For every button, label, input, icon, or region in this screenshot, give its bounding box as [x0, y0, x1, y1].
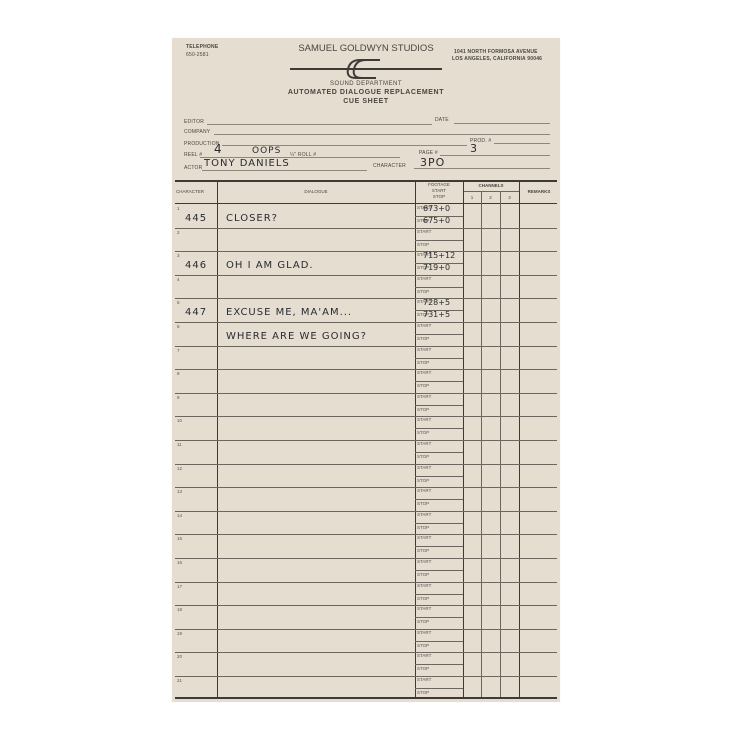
- footage-split: [415, 664, 463, 665]
- footage-stop-label: STOP: [417, 619, 429, 624]
- channel-3-cell[interactable]: [500, 393, 519, 416]
- footage-split: [415, 570, 463, 571]
- footage-split: [415, 358, 463, 359]
- channel-2-cell[interactable]: [481, 487, 500, 510]
- footage-start-label: START: [417, 276, 431, 281]
- channel-3-cell[interactable]: [500, 487, 519, 510]
- row-number: 3: [177, 253, 180, 258]
- channel-3-cell[interactable]: [500, 464, 519, 487]
- remarks-cell[interactable]: [519, 346, 557, 369]
- remarks-cell[interactable]: [519, 251, 557, 274]
- row-number: 9: [177, 395, 180, 400]
- channel-3-cell[interactable]: [500, 582, 519, 605]
- table-bottom-border: [175, 697, 557, 699]
- remarks-cell[interactable]: [519, 582, 557, 605]
- row-number: 5: [177, 300, 180, 305]
- footage-stop-label: STOP: [417, 360, 429, 365]
- channel-1-cell[interactable]: [463, 440, 481, 463]
- footage-start-value[interactable]: 673+0: [423, 204, 450, 213]
- channel-2-cell[interactable]: [481, 369, 500, 392]
- row-number: 11: [177, 442, 182, 447]
- footage-start-label: START: [417, 535, 431, 540]
- footage-stop-label: STOP: [417, 454, 429, 459]
- footage-start-label: START: [417, 417, 431, 422]
- footage-stop-label: STOP: [417, 572, 429, 577]
- row-number: 20: [177, 654, 182, 659]
- channel-1-cell[interactable]: [463, 487, 481, 510]
- page-value: 3: [470, 142, 478, 155]
- dialogue-cell[interactable]: EXCUSE ME, MA'AM...: [226, 307, 352, 318]
- footage-start-label: START: [417, 677, 431, 682]
- footage-split: [415, 381, 463, 382]
- channel-2-cell[interactable]: [481, 582, 500, 605]
- document-subtitle: CUE SHEET: [172, 98, 560, 105]
- row-number: 1: [177, 206, 180, 211]
- channel-3-cell[interactable]: [500, 652, 519, 675]
- channel-2-cell[interactable]: [481, 322, 500, 345]
- channel-2-cell[interactable]: [481, 534, 500, 557]
- channel-3-cell[interactable]: [500, 629, 519, 652]
- studio-logo-icon: [290, 57, 442, 81]
- table-row: 2 START STOP: [172, 228, 560, 252]
- footage-stop-label: STOP: [417, 430, 429, 435]
- date-field[interactable]: [454, 123, 550, 124]
- footage-start-label: START: [417, 370, 431, 375]
- header-footage-start: START: [415, 188, 463, 193]
- footage-split: [415, 240, 463, 241]
- channel-3-cell[interactable]: [500, 558, 519, 581]
- dialogue-cell[interactable]: CLOSER?: [226, 213, 278, 224]
- table-row: 14 START STOP: [172, 511, 560, 535]
- editor-field[interactable]: [207, 124, 432, 125]
- footage-start-label: START: [417, 347, 431, 352]
- table-top-border: [175, 180, 557, 182]
- reel-value: 4: [214, 142, 223, 156]
- table-row: 17 START STOP: [172, 582, 560, 606]
- row-number: 8: [177, 371, 180, 376]
- footage-start-label: START: [417, 630, 431, 635]
- table-row: 11 START STOP: [172, 440, 560, 464]
- row-number: 2: [177, 230, 180, 235]
- channel-2-cell[interactable]: [481, 558, 500, 581]
- row-number: 19: [177, 631, 182, 636]
- channel-3-cell[interactable]: [500, 322, 519, 345]
- remarks-cell[interactable]: [519, 511, 557, 534]
- footage-start-label: START: [417, 229, 431, 234]
- footage-stop-label: STOP: [417, 643, 429, 648]
- header-channel-2: 2: [481, 195, 500, 200]
- footage-split: [415, 287, 463, 288]
- footage-split: [415, 546, 463, 547]
- row-number: 16: [177, 560, 182, 565]
- channel-1-cell[interactable]: [463, 369, 481, 392]
- header-channel-3: 3: [500, 195, 519, 200]
- channel-3-cell[interactable]: [500, 416, 519, 439]
- remarks-cell[interactable]: [519, 558, 557, 581]
- footage-start-label: START: [417, 606, 431, 611]
- channel-3-cell[interactable]: [500, 346, 519, 369]
- address-line-1: 1041 NORTH FORMOSA AVENUE: [454, 49, 538, 55]
- table-row: 16 START STOP: [172, 558, 560, 582]
- footage-split: [415, 476, 463, 477]
- footage-start-label: START: [417, 323, 431, 328]
- remarks-cell[interactable]: [519, 464, 557, 487]
- remarks-cell[interactable]: [519, 298, 557, 321]
- footage-stop-value[interactable]: 675+0: [423, 216, 450, 225]
- channel-1-cell[interactable]: [463, 228, 481, 251]
- channel-3-cell[interactable]: [500, 275, 519, 298]
- footage-stop-label: STOP: [417, 383, 429, 388]
- channel-1-cell[interactable]: [463, 558, 481, 581]
- header-remarks: REMARKS: [519, 189, 559, 194]
- footage-stop-label: STOP: [417, 596, 429, 601]
- row-number: 6: [177, 324, 180, 329]
- channel-3-cell[interactable]: [500, 676, 519, 699]
- channel-2-cell[interactable]: [481, 652, 500, 675]
- remarks-cell[interactable]: [519, 369, 557, 392]
- editor-label: EDITOR: [184, 119, 204, 125]
- footage-start-label: START: [417, 441, 431, 446]
- row-number: 15: [177, 536, 182, 541]
- channel-2-cell[interactable]: [481, 464, 500, 487]
- row-number: 14: [177, 513, 182, 518]
- table-row: 9 START STOP: [172, 393, 560, 417]
- cue-number[interactable]: 447: [185, 307, 207, 318]
- cue-number[interactable]: 445: [185, 213, 207, 224]
- channel-1-cell[interactable]: [463, 582, 481, 605]
- footage-split: [415, 617, 463, 618]
- row-number: 4: [177, 277, 180, 282]
- table-row: 3 446 OH I AM GLAD. START 715+12 STOP 71…: [172, 251, 560, 275]
- table-row: 5 447 EXCUSE ME, MA'AM... START 728+5 ST…: [172, 298, 560, 322]
- footage-stop-label: STOP: [417, 478, 429, 483]
- channel-1-cell[interactable]: [463, 629, 481, 652]
- header-character: CHARACTER: [176, 189, 204, 194]
- channel-3-cell[interactable]: [500, 369, 519, 392]
- row-number: 7: [177, 348, 180, 353]
- channel-2-cell[interactable]: [481, 346, 500, 369]
- footage-stop-label: STOP: [417, 525, 429, 530]
- table-row: 7 START STOP: [172, 346, 560, 370]
- dialogue-cell[interactable]: OH I AM GLAD.: [226, 260, 314, 271]
- footage-stop-label: STOP: [417, 501, 429, 506]
- footage-stop-label: STOP: [417, 242, 429, 247]
- channels-divider: [463, 191, 519, 192]
- footage-stop-label: STOP: [417, 666, 429, 671]
- row-number: 10: [177, 418, 182, 423]
- remarks-cell[interactable]: [519, 605, 557, 628]
- channel-1-cell[interactable]: [463, 534, 481, 557]
- row-number: 12: [177, 466, 182, 471]
- table-row: 8 START STOP: [172, 369, 560, 393]
- footage-stop-label: STOP: [417, 289, 429, 294]
- footage-split: [415, 499, 463, 500]
- channel-2-cell[interactable]: [481, 511, 500, 534]
- character-field[interactable]: [414, 168, 550, 169]
- footage-start-label: START: [417, 583, 431, 588]
- channel-2-cell[interactable]: [481, 605, 500, 628]
- remarks-cell[interactable]: [519, 676, 557, 699]
- actor-value: TONY DANIELS: [204, 158, 290, 169]
- table-row: 6 WHERE ARE WE GOING? START STOP: [172, 322, 560, 346]
- remarks-cell[interactable]: [519, 629, 557, 652]
- channel-2-cell[interactable]: [481, 440, 500, 463]
- remarks-cell[interactable]: [519, 275, 557, 298]
- table-row: 19 START STOP: [172, 629, 560, 653]
- footage-split: [415, 405, 463, 406]
- channel-1-cell[interactable]: [463, 275, 481, 298]
- footage-split: [415, 594, 463, 595]
- remarks-cell[interactable]: [519, 204, 557, 227]
- channel-3-cell[interactable]: [500, 534, 519, 557]
- channel-2-cell[interactable]: [481, 416, 500, 439]
- channel-2-cell[interactable]: [481, 204, 500, 227]
- remarks-cell[interactable]: [519, 393, 557, 416]
- channel-2-cell[interactable]: [481, 228, 500, 251]
- footage-start-value[interactable]: 715+12: [423, 251, 455, 260]
- dialogue-cell[interactable]: WHERE ARE WE GOING?: [226, 331, 367, 342]
- footage-stop-label: STOP: [417, 336, 429, 341]
- footage-stop-value[interactable]: 719+0: [423, 263, 450, 272]
- row-number: 13: [177, 489, 182, 494]
- channel-1-cell[interactable]: [463, 652, 481, 675]
- channel-3-cell[interactable]: [500, 298, 519, 321]
- cue-sheet-paper: TELEPHONE 650-2581 SAMUEL GOLDWYN STUDIO…: [172, 38, 560, 702]
- footage-split: [415, 641, 463, 642]
- channel-1-cell[interactable]: [463, 393, 481, 416]
- prod-no-field[interactable]: [494, 143, 550, 144]
- row-number: 21: [177, 678, 182, 683]
- table-row: 4 START STOP: [172, 275, 560, 299]
- channel-1-cell[interactable]: [463, 605, 481, 628]
- cue-number[interactable]: 446: [185, 260, 207, 271]
- remarks-cell[interactable]: [519, 534, 557, 557]
- remarks-cell[interactable]: [519, 440, 557, 463]
- channel-3-cell[interactable]: [500, 228, 519, 251]
- header-footage: FOOTAGE: [415, 182, 463, 187]
- remarks-cell[interactable]: [519, 652, 557, 675]
- actor-label: ACTOR: [184, 165, 202, 171]
- channel-1-cell[interactable]: [463, 251, 481, 274]
- header-channel-1: 1: [463, 195, 481, 200]
- footage-split: [415, 334, 463, 335]
- channel-2-cell[interactable]: [481, 275, 500, 298]
- channel-2-cell[interactable]: [481, 298, 500, 321]
- date-label: DATE: [435, 117, 449, 123]
- footage-split: [415, 523, 463, 524]
- table-row: 15 START STOP: [172, 534, 560, 558]
- channel-1-cell[interactable]: [463, 464, 481, 487]
- footage-start-label: START: [417, 488, 431, 493]
- remarks-cell[interactable]: [519, 416, 557, 439]
- reel-name-value: OOPS: [252, 146, 281, 156]
- remarks-cell[interactable]: [519, 322, 557, 345]
- channel-1-cell[interactable]: [463, 511, 481, 534]
- row-number: 17: [177, 584, 182, 589]
- channel-1-cell[interactable]: [463, 346, 481, 369]
- footage-stop-label: STOP: [417, 407, 429, 412]
- remarks-cell[interactable]: [519, 228, 557, 251]
- footage-start-label: START: [417, 559, 431, 564]
- footage-split: [415, 452, 463, 453]
- table-row: 10 START STOP: [172, 416, 560, 440]
- channel-3-cell[interactable]: [500, 204, 519, 227]
- channel-2-cell[interactable]: [481, 676, 500, 699]
- department-label: SOUND DEPARTMENT: [172, 81, 560, 87]
- channel-1-cell[interactable]: [463, 204, 481, 227]
- footage-start-value[interactable]: 728+5: [423, 298, 450, 307]
- footage-start-label: START: [417, 512, 431, 517]
- channel-1-cell[interactable]: [463, 676, 481, 699]
- footage-split: [415, 688, 463, 689]
- footage-split: [415, 428, 463, 429]
- table-row: 20 START STOP: [172, 652, 560, 676]
- channel-1-cell[interactable]: [463, 298, 481, 321]
- header-dialogue: DIALOGUE: [217, 189, 415, 194]
- page-field[interactable]: [440, 155, 550, 156]
- channel-1-cell[interactable]: [463, 322, 481, 345]
- header-channels: CHANNELS: [463, 183, 519, 188]
- footage-stop-value[interactable]: 731+5: [423, 310, 450, 319]
- channel-2-cell[interactable]: [481, 629, 500, 652]
- channel-3-cell[interactable]: [500, 251, 519, 274]
- footage-stop-label: STOP: [417, 548, 429, 553]
- channel-3-cell[interactable]: [500, 440, 519, 463]
- channel-3-cell[interactable]: [500, 511, 519, 534]
- footage-start-label: START: [417, 653, 431, 658]
- footage-start-label: START: [417, 394, 431, 399]
- header-footage-stop: STOP: [415, 194, 463, 199]
- table-row: 1 445 CLOSER? START 673+0 STOP 675+0: [172, 204, 560, 228]
- character-label: CHARACTER: [373, 163, 406, 169]
- table-row: 13 START STOP: [172, 487, 560, 511]
- footage-start-label: START: [417, 465, 431, 470]
- row-number: 18: [177, 607, 182, 612]
- channel-1-cell[interactable]: [463, 416, 481, 439]
- company-label: COMPANY: [184, 129, 210, 135]
- company-field[interactable]: [214, 134, 550, 135]
- table-row: 18 START STOP: [172, 605, 560, 629]
- actor-field[interactable]: [202, 170, 367, 171]
- channel-3-cell[interactable]: [500, 605, 519, 628]
- address-line-2: LOS ANGELES, CALIFORNIA 90046: [452, 56, 542, 62]
- footage-stop-label: STOP: [417, 690, 429, 695]
- table-row: 12 START STOP: [172, 464, 560, 488]
- document-title: AUTOMATED DIALOGUE REPLACEMENT: [172, 89, 560, 96]
- remarks-cell[interactable]: [519, 487, 557, 510]
- channel-2-cell[interactable]: [481, 251, 500, 274]
- channel-2-cell[interactable]: [481, 393, 500, 416]
